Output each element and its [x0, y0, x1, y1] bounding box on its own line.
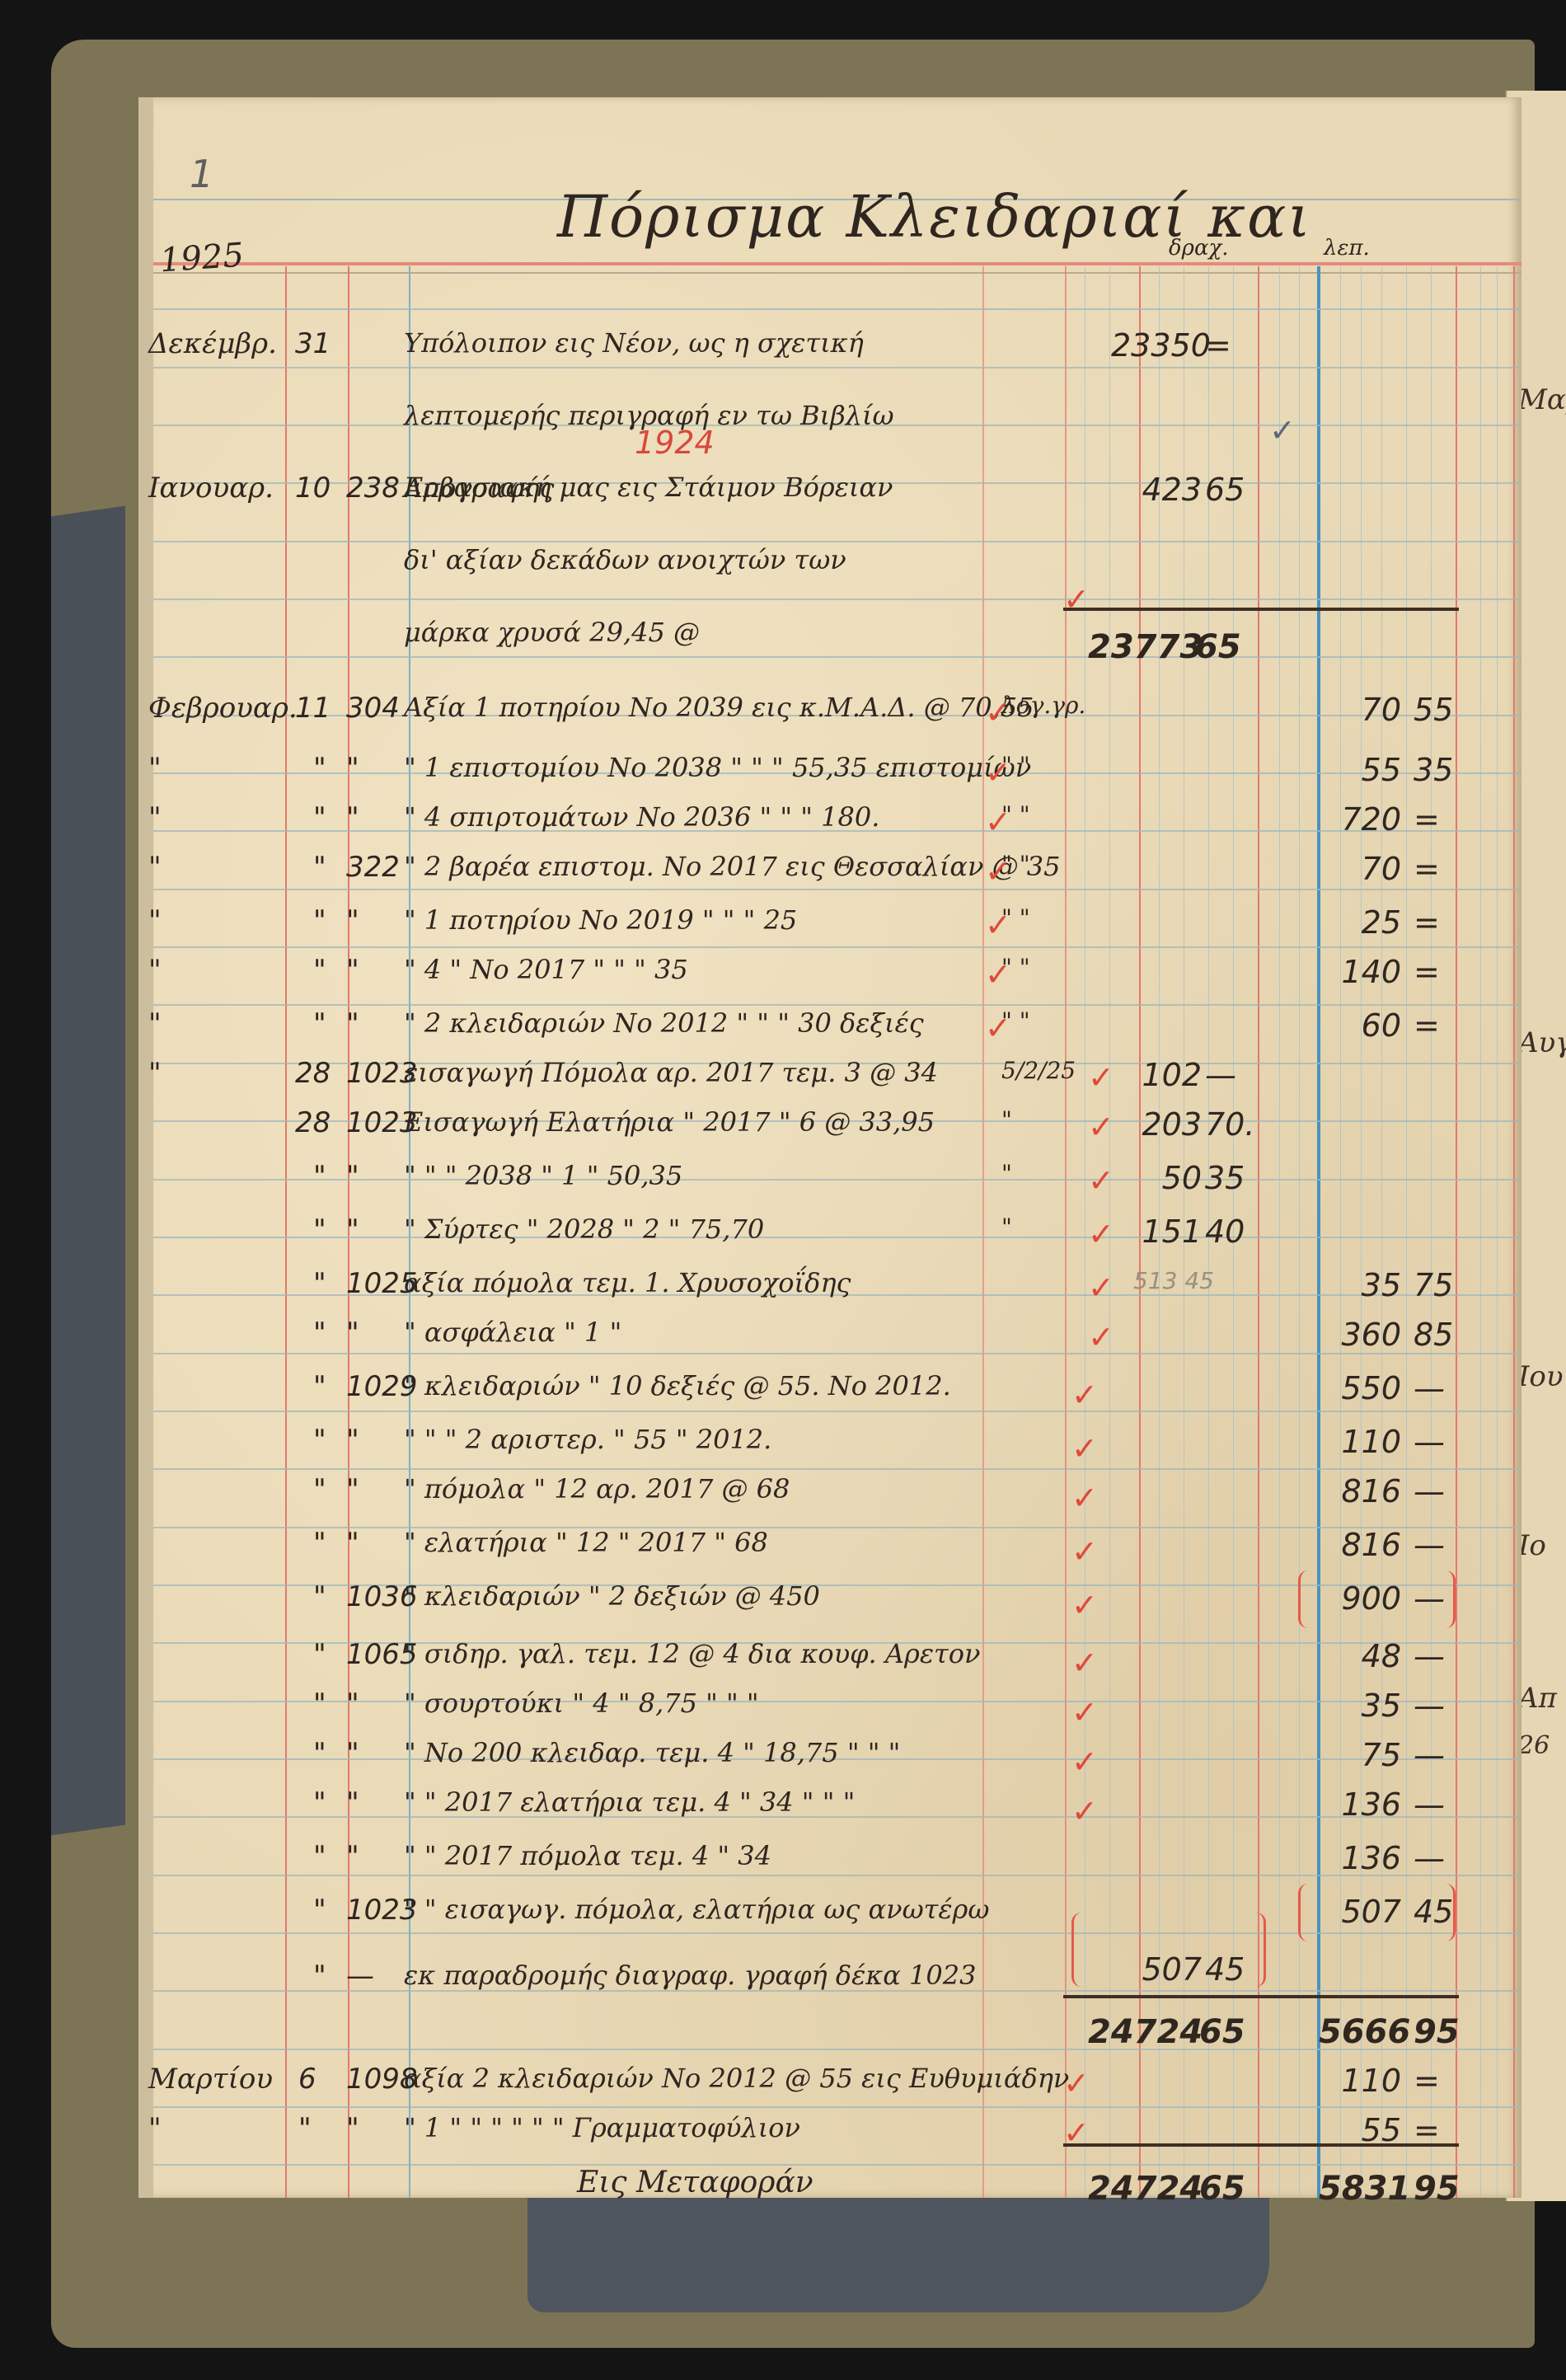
- entry-day: ": [313, 1010, 326, 1038]
- facing-fragment: Ιου: [1518, 1360, 1564, 1393]
- entry-day: ": [313, 754, 326, 782]
- entry-month: ": [148, 956, 162, 984]
- ruled-line: [153, 1468, 1521, 1470]
- entry-description: " 1 " " " " " " Γραμματοφύλιον: [404, 2115, 800, 2141]
- entry-day: ": [313, 1216, 326, 1244]
- checkmark-icon: ✓: [1088, 1216, 1114, 1252]
- entry-day: ": [313, 1896, 326, 1924]
- entry-debit-drachmas: 203: [1111, 1109, 1202, 1140]
- entry-folio: ": [1001, 1162, 1012, 1185]
- checkmark-icon: ✓: [1269, 412, 1296, 448]
- ruled-line: [153, 1875, 1521, 1876]
- entry-month: Μαρτίου: [148, 2065, 273, 2093]
- subtotal-credit-drachmas: 5666: [1319, 2016, 1410, 2049]
- entry-debit-lepta: =: [1205, 330, 1231, 361]
- entry-credit-drachmas: 360: [1294, 1319, 1401, 1350]
- entry-day: 10: [295, 474, 331, 502]
- entry-ref: ": [346, 1426, 359, 1454]
- grid-line: [1480, 266, 1481, 2198]
- entry-description: " σουρτούκι " 4 " 8,75 " " ": [404, 1690, 759, 1716]
- subtotal-credit-lepta: 95: [1414, 2016, 1460, 2049]
- entry-ref: ": [346, 1739, 359, 1767]
- entry-ref: ": [346, 1216, 359, 1244]
- entry-month: Δεκέμβρ.: [148, 330, 277, 358]
- cover-cloth-patch: [51, 506, 125, 1836]
- annotation-year-red: 1924: [635, 427, 715, 458]
- entry-credit-drachmas: 70: [1294, 853, 1401, 885]
- entry-ref: ": [346, 804, 359, 832]
- entry-credit-lepta: 35: [1414, 754, 1453, 786]
- entry-month: Ιανουαρ.: [148, 474, 274, 502]
- subtotal-debit-drachmas: 23773: [1088, 631, 1203, 664]
- entry-credit-drachmas: 136: [1294, 1843, 1401, 1874]
- entry-day: 11: [295, 694, 331, 722]
- entry-credit-lepta: =: [1414, 907, 1440, 938]
- carry-forward-credit-lepta: 95: [1414, 2172, 1460, 2205]
- entry-debit-drachmas: 151: [1111, 1216, 1202, 1247]
- entry-day: 28: [295, 1059, 331, 1087]
- entry-description: " 1 ποτηρίου Νο 2019 " " " 25: [404, 907, 797, 933]
- subtotal-debit-drachmas: 24724: [1088, 2016, 1203, 2049]
- entry-credit-drachmas: 55: [1294, 2115, 1401, 2146]
- checkmark-icon: ✓: [1063, 581, 1090, 617]
- checkmark-icon: ✓: [985, 1010, 1011, 1046]
- checkmark-icon: ✓: [1088, 1109, 1114, 1145]
- entry-description: Αξία 1 ποτηρίου Νο 2039 εις κ.Μ.Α.Δ. @ 7…: [404, 694, 1034, 721]
- entry-month: ": [148, 907, 162, 935]
- entry-credit-lepta: 55: [1414, 694, 1453, 725]
- entry-credit-drachmas: 60: [1294, 1010, 1401, 1041]
- entry-credit-lepta: —: [1414, 1690, 1445, 1721]
- entry-description: " 1 επιστομίου Νο 2038 " " " 55,35 επιστ…: [404, 754, 1031, 781]
- entry-month: ": [148, 804, 162, 832]
- entry-credit-drachmas: 25: [1294, 907, 1401, 938]
- entry-description: " ασφάλεια " 1 ": [404, 1319, 621, 1345]
- entry-credit-drachmas: 55: [1294, 754, 1401, 786]
- entry-description: " κλειδαριών " 10 δεξιές @ 55. Νο 2012.: [404, 1373, 951, 1399]
- ledger-page: 1 Πόρισμα Κλειδαριαί και 1925 δραχ. λεπ.…: [138, 97, 1521, 2198]
- ruled-line: [153, 2164, 1521, 2166]
- entry-credit-drachmas: 816: [1294, 1529, 1401, 1561]
- entry-description: " Σύρτες " 2028 " 2 " 75,70: [404, 1216, 764, 1242]
- ruled-line: [153, 2106, 1521, 2108]
- entry-ref: ": [346, 1319, 359, 1347]
- entry-folio: λογ.γρ.: [1001, 694, 1085, 717]
- entry-credit-drachmas: 70: [1294, 694, 1401, 725]
- checkmark-icon: ✓: [1071, 1587, 1098, 1623]
- checkmark-icon: ✓: [1071, 1744, 1098, 1780]
- carry-forward-debit-drachmas: 24724: [1088, 2172, 1203, 2205]
- entry-day: ": [313, 1319, 326, 1347]
- checkmark-icon: ✓: [1071, 1377, 1098, 1413]
- entry-folio: ": [1001, 1216, 1012, 1239]
- entry-credit-drachmas: 550: [1294, 1373, 1401, 1404]
- entry-ref: ": [346, 2115, 359, 2143]
- page-number: 1: [190, 155, 213, 193]
- entry-credit-drachmas: 140: [1294, 956, 1401, 988]
- entry-debit-lepta: 40: [1205, 1216, 1245, 1247]
- entry-credit-drachmas: 110: [1294, 1426, 1401, 1458]
- facing-fragment: 26: [1518, 1731, 1550, 1760]
- entry-description: " " " 2 αριστερ. " 55 " 2012.: [404, 1426, 771, 1453]
- entry-debit-lepta: —: [1205, 1059, 1236, 1091]
- entry-description: Ερβασιακή μας εις Στάιμον Βόρειαν: [404, 474, 893, 500]
- ruled-line: [153, 656, 1521, 658]
- entry-credit-drachmas: 136: [1294, 1789, 1401, 1820]
- entry-description: " 4 σπιρτομάτων Νο 2036 " " " 180.: [404, 804, 879, 830]
- checkmark-icon: ✓: [1071, 1480, 1098, 1516]
- entry-day: ": [313, 1529, 326, 1557]
- ruled-line: [153, 367, 1521, 369]
- red-bracket: [1298, 1884, 1456, 1941]
- entry-day: 6: [298, 2065, 316, 2093]
- checkmark-icon: ✓: [1071, 1430, 1098, 1467]
- carry-forward-rule: [1063, 2143, 1459, 2147]
- entry-credit-lepta: =: [1414, 804, 1440, 835]
- facing-fragment: Μαρ: [1518, 383, 1566, 416]
- col-divider-end: [1513, 266, 1515, 2198]
- entry-description: " " " 2038 " 1 " 50,35: [404, 1162, 682, 1189]
- entry-day: ": [313, 1373, 326, 1401]
- entry-ref: ": [346, 1010, 359, 1038]
- entry-description: εισαγωγή Πόμολα αρ. 2017 τεμ. 3 @ 34: [404, 1059, 938, 1086]
- entry-credit-lepta: =: [1414, 2115, 1440, 2146]
- entry-day: ": [313, 1962, 326, 1990]
- entry-description: " Νο 200 κλειδαρ. τεμ. 4 " 18,75 " " ": [404, 1739, 900, 1766]
- entry-credit-lepta: =: [1414, 1010, 1440, 1041]
- entry-day: ": [313, 804, 326, 832]
- entry-day: ": [313, 1739, 326, 1767]
- checkmark-icon: ✓: [985, 853, 1011, 890]
- ruled-line: [153, 946, 1521, 948]
- carry-forward-label: Εις Μεταφοράν: [577, 2168, 813, 2198]
- entry-month: ": [148, 1010, 162, 1038]
- entry-credit-drachmas: 48: [1294, 1641, 1401, 1672]
- entry-ref: —: [346, 1962, 374, 1990]
- entry-day: ": [313, 1476, 326, 1504]
- entry-debit-drachmas: 423: [1111, 474, 1202, 505]
- subtotal-rule: [1063, 1995, 1459, 1998]
- grid-line: [1497, 266, 1498, 2198]
- entry-day: ": [313, 1641, 326, 1669]
- entry-day: ": [313, 1270, 326, 1298]
- column-header-debit: δραχ.: [1169, 237, 1229, 259]
- entry-month: ": [148, 1059, 162, 1087]
- facing-fragment: Αυγ: [1518, 1026, 1566, 1059]
- entry-month: ": [148, 754, 162, 782]
- entry-ref: ": [346, 1690, 359, 1718]
- entry-day: ": [313, 1583, 326, 1611]
- entry-ref: ": [346, 1162, 359, 1190]
- red-bracket: [1071, 1913, 1266, 1987]
- ruled-line: [153, 1353, 1521, 1354]
- carry-forward-credit-drachmas: 5831: [1319, 2172, 1410, 2205]
- subtotal-debit-lepta: 65: [1199, 2016, 1245, 2049]
- entry-ref: 238: [346, 474, 400, 502]
- column-header-credit: λεπ.: [1324, 237, 1370, 259]
- checkmark-icon: ✓: [1088, 1270, 1114, 1306]
- entry-credit-lepta: —: [1414, 1529, 1445, 1561]
- entry-debit-drachmas: 50: [1111, 1162, 1202, 1194]
- entry-day: ": [313, 956, 326, 984]
- checkmark-icon: ✓: [1088, 1059, 1114, 1096]
- entry-ref: ": [346, 1476, 359, 1504]
- entry-credit-drachmas: 720: [1294, 804, 1401, 835]
- checkmark-icon: ✓: [985, 956, 1011, 993]
- entry-folio: ": [1001, 1109, 1012, 1132]
- facing-fragment: Απ: [1518, 1682, 1557, 1715]
- entry-debit-drachmas: 23350: [1111, 330, 1202, 361]
- red-bracket: [1298, 1570, 1456, 1628]
- entry-description: " ελατήρια " 12 " 2017 " 68: [404, 1529, 768, 1556]
- entry-day: 28: [295, 1109, 331, 1137]
- entry-day: ": [313, 1426, 326, 1454]
- entry-day: ": [313, 907, 326, 935]
- entry-credit-lepta: —: [1414, 1739, 1445, 1771]
- entry-debit-faint: 513 45: [1133, 1270, 1214, 1293]
- entry-description: " 4 " Νο 2017 " " " 35: [404, 956, 688, 983]
- entry-credit-lepta: —: [1414, 1641, 1445, 1672]
- grid-line: [1279, 266, 1280, 2198]
- entry-description: εκ παραδρομής διαγραφ. γραφή δέκα 1023: [404, 1962, 976, 1988]
- header-red-rule: [153, 262, 1521, 265]
- col-divider-credit-lp: [1456, 266, 1457, 2198]
- entry-day: ": [313, 1789, 326, 1817]
- grid-line: [1085, 266, 1085, 2198]
- entry-debit-lepta: 70.: [1205, 1109, 1254, 1140]
- entry-description: " σιδηρ. γαλ. τεμ. 12 @ 4 δια κουφ. Αρετ…: [404, 1641, 980, 1667]
- entry-ref: ": [346, 1529, 359, 1557]
- entry-month: ": [148, 2115, 162, 2143]
- ruled-line: [153, 2049, 1521, 2050]
- entry-credit-lepta: 75: [1414, 1270, 1453, 1301]
- ruled-line: [153, 889, 1521, 890]
- entry-description: Εισαγωγή Ελατήρια " 2017 " 6 @ 33,95: [404, 1109, 935, 1135]
- entry-ref: ": [346, 1843, 359, 1871]
- entry-credit-lepta: —: [1414, 1476, 1445, 1507]
- subtotal-rule: [1063, 608, 1459, 611]
- entry-credit-drachmas: 35: [1294, 1690, 1401, 1721]
- entry-credit-drachmas: 110: [1294, 2065, 1401, 2096]
- checkmark-icon: ✓: [1071, 1533, 1098, 1570]
- carry-forward-debit-lepta: 65: [1199, 2172, 1245, 2205]
- checkmark-icon: ✓: [985, 907, 1011, 943]
- entry-folio: 5/2/25: [1001, 1059, 1076, 1082]
- checkmark-icon: ✓: [1088, 1319, 1114, 1355]
- ruled-line: [153, 1004, 1521, 1006]
- entry-description: μάρκα χρυσά 29,45 @: [404, 619, 700, 645]
- ruled-line: [153, 599, 1521, 600]
- entry-day: ": [313, 1162, 326, 1190]
- checkmark-icon: ✓: [1071, 1694, 1098, 1730]
- entry-ref: ": [346, 754, 359, 782]
- ruled-line: [153, 308, 1521, 310]
- entry-credit-lepta: —: [1414, 1843, 1445, 1874]
- entry-ref: ": [346, 907, 359, 935]
- entry-day: 31: [295, 330, 331, 358]
- entry-credit-lepta: —: [1414, 1373, 1445, 1404]
- entry-description: " 2 βαρέα επιστομ. Νο 2017 εις Θεσσαλίαν…: [404, 853, 1061, 880]
- checkmark-icon: ✓: [1071, 1793, 1098, 1829]
- entry-month: ": [148, 853, 162, 881]
- ruled-line: [153, 1411, 1521, 1412]
- entry-credit-drachmas: 75: [1294, 1739, 1401, 1771]
- entry-debit-lepta: 65: [1205, 474, 1245, 505]
- entry-credit-lepta: =: [1414, 2065, 1440, 2096]
- entry-day: ": [313, 1843, 326, 1871]
- entry-description: αξία 2 κλειδαριών Νο 2012 @ 55 εις Ευθυμ…: [404, 2065, 1069, 2091]
- entry-credit-drachmas: 816: [1294, 1476, 1401, 1507]
- entry-ref: 304: [346, 694, 400, 722]
- entry-description: δι' αξίαν δεκάδων ανοιχτών των: [404, 547, 846, 573]
- entry-description: " 2 κλειδαριών Νο 2012 " " " 30 δεξιές: [404, 1010, 924, 1036]
- entry-description: " " εισαγωγ. πόμολα, ελατήρια ως ανωτέρω: [404, 1896, 989, 1922]
- entry-description: " κλειδαριών " 2 δεξιών @ 450: [404, 1583, 820, 1609]
- entry-day: ": [298, 2115, 312, 2143]
- entry-debit-drachmas: 102: [1111, 1059, 1202, 1091]
- entry-description: αξία πόμολα τεμ. 1. Χρυσοχοΐδης: [404, 1270, 851, 1296]
- entry-ref: 322: [346, 853, 400, 881]
- entry-description: Υπόλοιπον εις Νέον, ως η σχετική: [404, 330, 864, 356]
- col-divider-debit-lp: [1258, 266, 1259, 2198]
- checkmark-icon: ✓: [1063, 2065, 1090, 2101]
- entry-day: ": [313, 1690, 326, 1718]
- facing-fragment: Ιο: [1518, 1529, 1546, 1562]
- checkmark-icon: ✓: [985, 804, 1011, 840]
- entry-debit-lepta: 35: [1205, 1162, 1245, 1194]
- ledger-year: 1925: [159, 238, 245, 277]
- col-divider-day: [285, 266, 287, 2198]
- entry-ref: ": [346, 1789, 359, 1817]
- entry-day: ": [313, 853, 326, 881]
- checkmark-icon: ✓: [985, 694, 1011, 730]
- header-gray-rule: [153, 272, 1521, 274]
- ruled-line: [153, 541, 1521, 542]
- entry-ref: ": [346, 956, 359, 984]
- checkmark-icon: ✓: [985, 754, 1011, 791]
- entry-credit-lepta: 85: [1414, 1319, 1453, 1350]
- entry-description: " " 2017 ελατήρια τεμ. 4 " 34 " " ": [404, 1789, 855, 1815]
- entry-month: Φεβρουαρ.: [148, 694, 298, 722]
- entry-credit-lepta: =: [1414, 853, 1440, 885]
- col-divider-folio: [1065, 266, 1067, 2198]
- entry-credit-lepta: —: [1414, 1426, 1445, 1458]
- entry-credit-drachmas: 35: [1294, 1270, 1401, 1301]
- entry-credit-lepta: —: [1414, 1789, 1445, 1820]
- checkmark-icon: ✓: [1071, 1645, 1098, 1681]
- entry-credit-lepta: =: [1414, 956, 1440, 988]
- entry-description: " " 2017 πόμολα τεμ. 4 " 34: [404, 1843, 771, 1869]
- subtotal-debit-lepta: 65: [1195, 631, 1241, 664]
- checkmark-icon: ✓: [1088, 1162, 1114, 1199]
- entry-description: " πόμολα " 12 αρ. 2017 @ 68: [404, 1476, 790, 1502]
